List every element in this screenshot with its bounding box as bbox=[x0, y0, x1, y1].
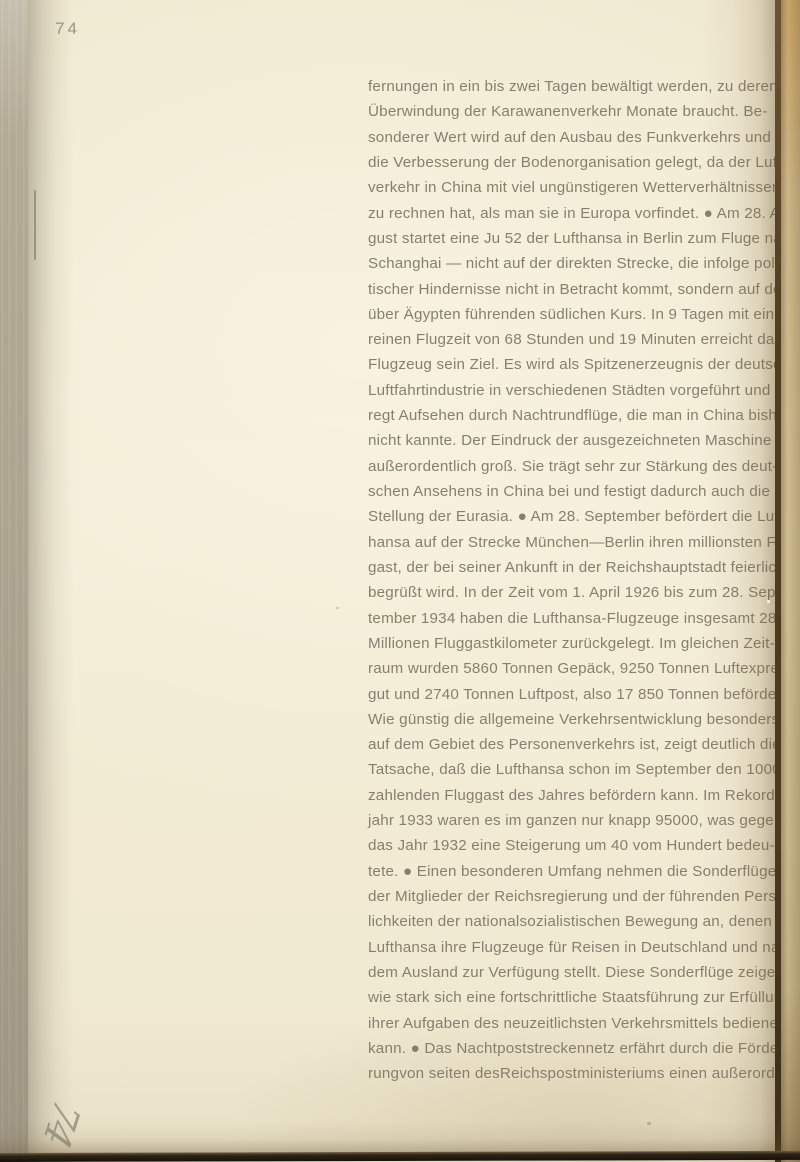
scanned-book-page: 74 fernungen in ein bis zwei Tagen bewäl… bbox=[0, 0, 800, 1162]
bottom-page-shadow bbox=[0, 1120, 800, 1154]
left-edge-shadow bbox=[28, 0, 74, 1162]
left-edge-mark bbox=[34, 190, 36, 260]
paper-speck bbox=[336, 607, 339, 609]
gutter-shadow bbox=[700, 0, 775, 1162]
paper-speck bbox=[647, 1122, 651, 1125]
left-page-edges bbox=[0, 0, 28, 1162]
paper-speck bbox=[767, 600, 770, 603]
adjacent-page-strip bbox=[781, 0, 800, 1162]
bottom-book-edge bbox=[0, 1151, 800, 1162]
page-number: 74 bbox=[55, 19, 80, 39]
